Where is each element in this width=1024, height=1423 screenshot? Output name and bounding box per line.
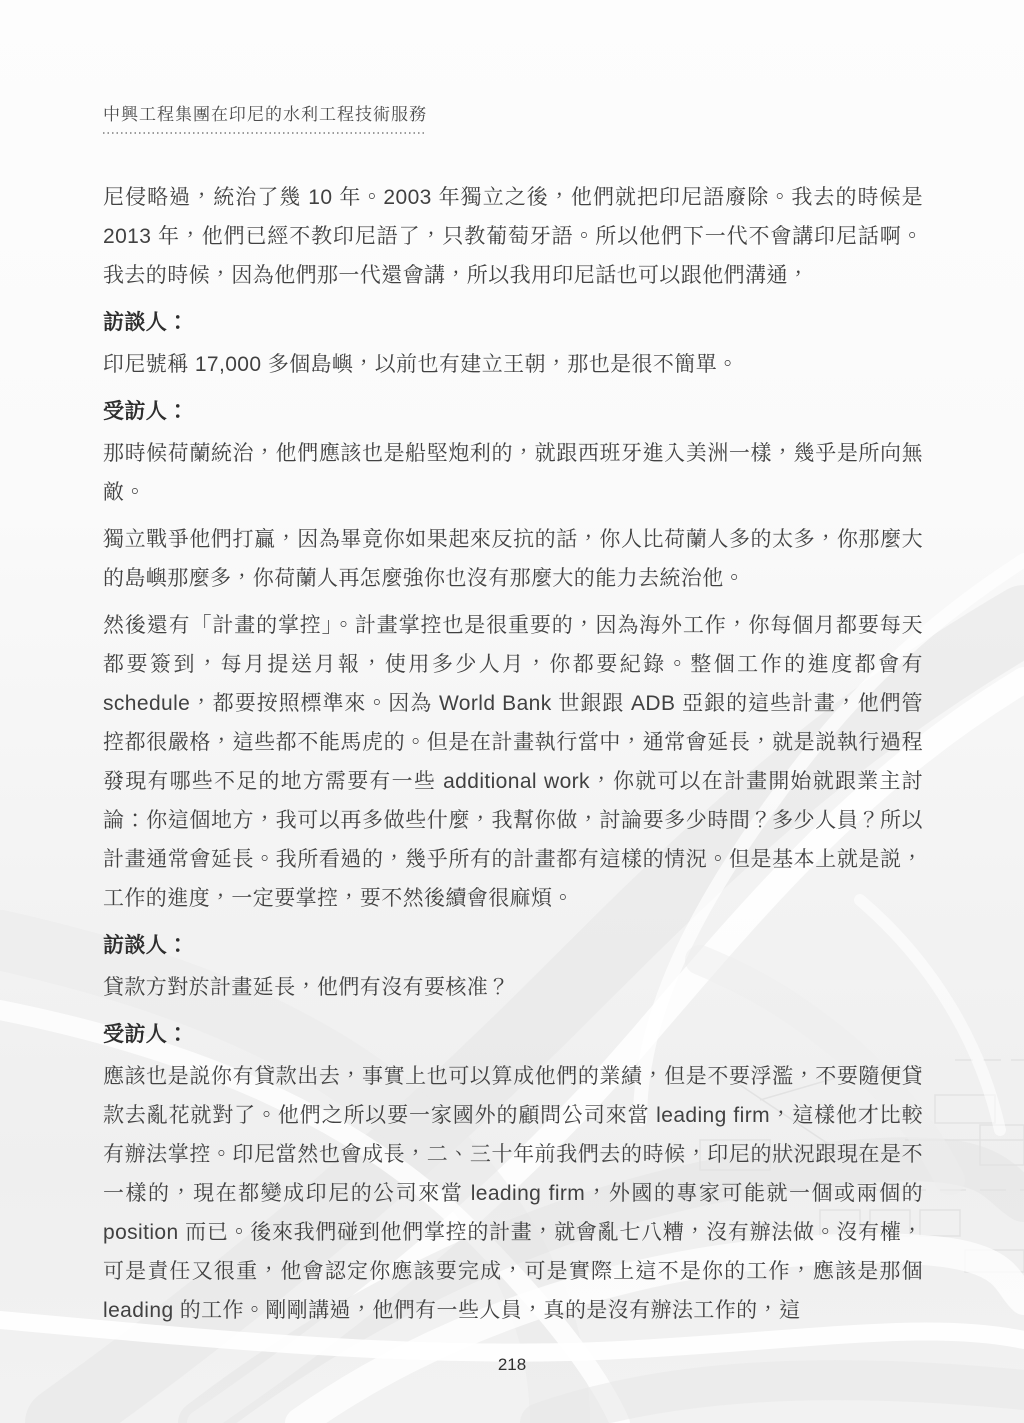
- paragraph-interviewer-question: 貸款方對於計畫延長，他們有沒有要核准？: [103, 968, 923, 1007]
- page-number: 218: [0, 1355, 1024, 1375]
- speaker-label-interviewee: 受訪人：: [103, 1015, 923, 1054]
- speaker-label-interviewee: 受訪人：: [103, 392, 923, 431]
- paragraph-answer: 然後還有「計畫的掌控」。計畫掌控也是很重要的，因為海外工作，你每個月都要每天都要…: [103, 606, 923, 918]
- header-dotted-rule: [103, 132, 427, 134]
- chapter-title: 中興工程集團在印尼的水利工程技術服務: [103, 100, 427, 132]
- paragraph-interviewer-question: 印尼號稱 17,000 多個島嶼，以前也有建立王朝，那也是很不簡單。: [103, 345, 923, 384]
- running-header: 中興工程集團在印尼的水利工程技術服務: [103, 100, 427, 134]
- speaker-label-interviewer: 訪談人：: [103, 926, 923, 965]
- speaker-label-interviewer: 訪談人：: [103, 303, 923, 342]
- paragraph-answer: 那時候荷蘭統治，他們應該也是船堅炮利的，就跟西班牙進入美洲一樣，幾乎是所向無敵。: [103, 434, 923, 512]
- body-text: 尼侵略過，統治了幾 10 年。2003 年獨立之後，他們就把印尼語廢除。我去的時…: [103, 178, 923, 1338]
- paragraph-continuation: 尼侵略過，統治了幾 10 年。2003 年獨立之後，他們就把印尼語廢除。我去的時…: [103, 178, 923, 295]
- document-page: 中興工程集團在印尼的水利工程技術服務 尼侵略過，統治了幾 10 年。2003 年…: [0, 0, 1024, 1423]
- paragraph-answer: 獨立戰爭他們打贏，因為畢竟你如果起來反抗的話，你人比荷蘭人多的太多，你那麼大的島…: [103, 520, 923, 598]
- paragraph-answer: 應該也是説你有貸款出去，事實上也可以算成他們的業績，但是不要浮濫，不要隨便貸款去…: [103, 1057, 923, 1330]
